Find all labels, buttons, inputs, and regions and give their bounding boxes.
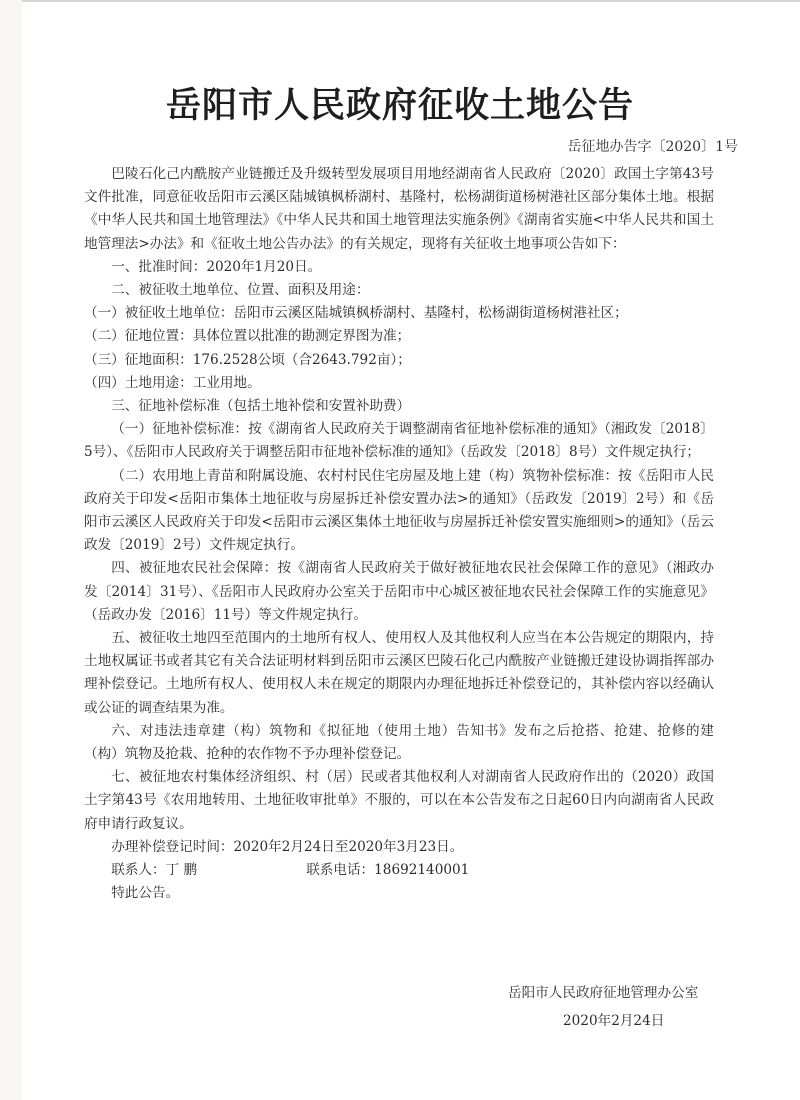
- contact-row: 联系人：丁 鹏 联系电话：18692140001: [84, 859, 714, 882]
- document-page: 岳阳市人民政府征收土地公告 岳征地办告字〔2020〕1号 巴陵石化己内酰胺产业链…: [0, 0, 800, 1100]
- section-social-security: 四、被征地农民社会保障：按《湖南省人民政府关于做好被征地农民社会保障工作的意见》…: [84, 557, 714, 627]
- section-registration-requirement: 五、被征收土地四至范围内的土地所有权人、使用权人及其他权利人应当在本公告规定的期…: [84, 627, 714, 720]
- section-illegal-buildings: 六、对违法违章建（构）筑物和《拟征地（使用土地）告知书》发布之后抢搭、抢建、抢修…: [84, 720, 714, 766]
- signature-organization: 岳阳市人民政府征地管理办公室: [508, 980, 698, 1006]
- section-land-heading: 二、被征收土地单位、位置、面积及用途：: [84, 279, 714, 302]
- signature-date: 2020年2月24日: [563, 1008, 664, 1034]
- intro-paragraph: 巴陵石化己内酰胺产业链搬迁及升级转型发展项目用地经湖南省人民政府〔2020〕政国…: [84, 163, 714, 256]
- section-compensation-heading: 三、征地补偿标准（包括土地补偿和安置补助费）: [84, 395, 714, 418]
- closing-statement: 特此公告。: [84, 882, 714, 905]
- section-land-area: （三）征地面积：176.2528公顷（合2643.792亩）；: [84, 349, 714, 372]
- registration-period: 办理补偿登记时间：2020年2月24日至2020年3月23日。: [84, 836, 714, 859]
- section-land-location: （二）征地位置：具体位置以批准的勘测定界图为准；: [84, 325, 714, 348]
- section-land-use: （四）土地用途：工业用地。: [84, 372, 714, 395]
- section-administrative-review: 七、被征地农村集体经济组织、村（居）民或者其他权利人对湖南省人民政府作出的（20…: [84, 766, 714, 836]
- section-approval-time: 一、批准时间：2020年1月20日。: [84, 256, 714, 279]
- contact-phone: 联系电话：18692140001: [306, 859, 469, 882]
- document-body: 巴陵石化己内酰胺产业链搬迁及升级转型发展项目用地经湖南省人民政府〔2020〕政国…: [84, 163, 714, 906]
- contact-person: 联系人：丁 鹏: [111, 859, 306, 882]
- section-compensation-crops-buildings: （二）农用地上青苗和附属设施、农村村民住宅房屋及地上建（构）筑物补偿标准：按《岳…: [84, 465, 714, 558]
- section-compensation-standard: （一）征地补偿标准：按《湖南省人民政府关于调整湖南省征地补偿标准的通知》（湘政发…: [84, 418, 714, 464]
- document-title: 岳阳市人民政府征收土地公告: [0, 78, 800, 128]
- document-number: 岳征地办告字〔2020〕1号: [567, 136, 738, 156]
- section-land-unit: （一）被征收土地单位：岳阳市云溪区陆城镇枫桥湖村、基隆村，松杨湖街道杨树港社区；: [84, 302, 714, 325]
